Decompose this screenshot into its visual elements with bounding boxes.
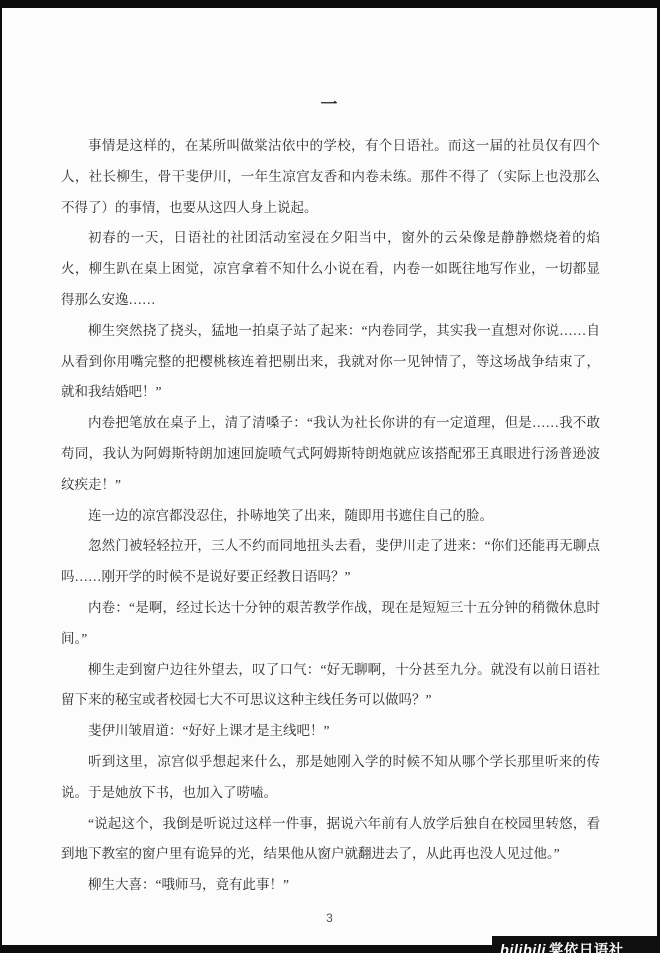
bilibili-watermark: bilibili棠依日语社: [492, 936, 660, 953]
page-number: 3: [2, 911, 657, 925]
paragraph: 事情是这样的，在某所叫做棠沽依中的学校，有个日语社。而这一届的社员仅有四个人，社…: [61, 131, 600, 223]
ebook-screenshot: { "page": { "chapter_title": "一", "page_…: [0, 0, 660, 953]
paragraph: 柳生突然挠了挠头，猛地一拍桌子站了起来：“内卷同学，其实我一直想对你说……自从看…: [61, 316, 600, 408]
document-page: 一 事情是这样的，在某所叫做棠沽依中的学校，有个日语社。而这一届的社员仅有四个人…: [2, 8, 657, 945]
paragraph: 听到这里，凉宫似乎想起来什么，那是她刚入学的时候不知从哪个学长那里听来的传说。于…: [61, 747, 600, 809]
paragraph: 初春的一天，日语社的社团活动室浸在夕阳当中，窗外的云朵像是静静燃烧着的焰火，柳生…: [61, 223, 600, 315]
paragraph: 柳生大喜：“哦师马，竟有此事！”: [61, 870, 600, 901]
frame-top-bar: [0, 0, 660, 8]
chapter-body: 事情是这样的，在某所叫做棠沽依中的学校，有个日语社。而这一届的社员仅有四个人，社…: [61, 131, 600, 901]
paragraph: 内卷把笔放在桌子上，清了清嗓子：“我认为社长你讲的有一定道理，但是……我不敢苟同…: [61, 408, 600, 500]
paragraph: 内卷：“是啊，经过长达十分钟的艰苦教学作战，现在是短短三十五分钟的稍微休息时间。…: [61, 593, 600, 655]
paragraph: 斐伊川皱眉道：“好好上课才是主线吧！”: [61, 716, 600, 747]
bilibili-logo-icon: bilibili: [500, 943, 546, 953]
paragraph: “说起这个，我倒是听说过这样一件事，据说六年前有人放学后独自在校园里转悠，看到地…: [61, 809, 600, 871]
paragraph: 柳生走到窗户边往外望去，叹了口气：“好无聊啊，十分甚至九分。就没有以前日语社留下…: [61, 655, 600, 717]
paragraph: 忽然门被轻轻拉开，三人不约而同地扭头去看，斐伊川走了进来：“你们还能再无聊点吗……: [61, 531, 600, 593]
watermark-uploader-name: 棠依日语社: [549, 943, 624, 953]
paragraph: 连一边的凉宫都没忍住，扑哧地笑了出来，随即用书遮住自己的脸。: [61, 501, 600, 532]
chapter-title: 一: [2, 90, 657, 115]
